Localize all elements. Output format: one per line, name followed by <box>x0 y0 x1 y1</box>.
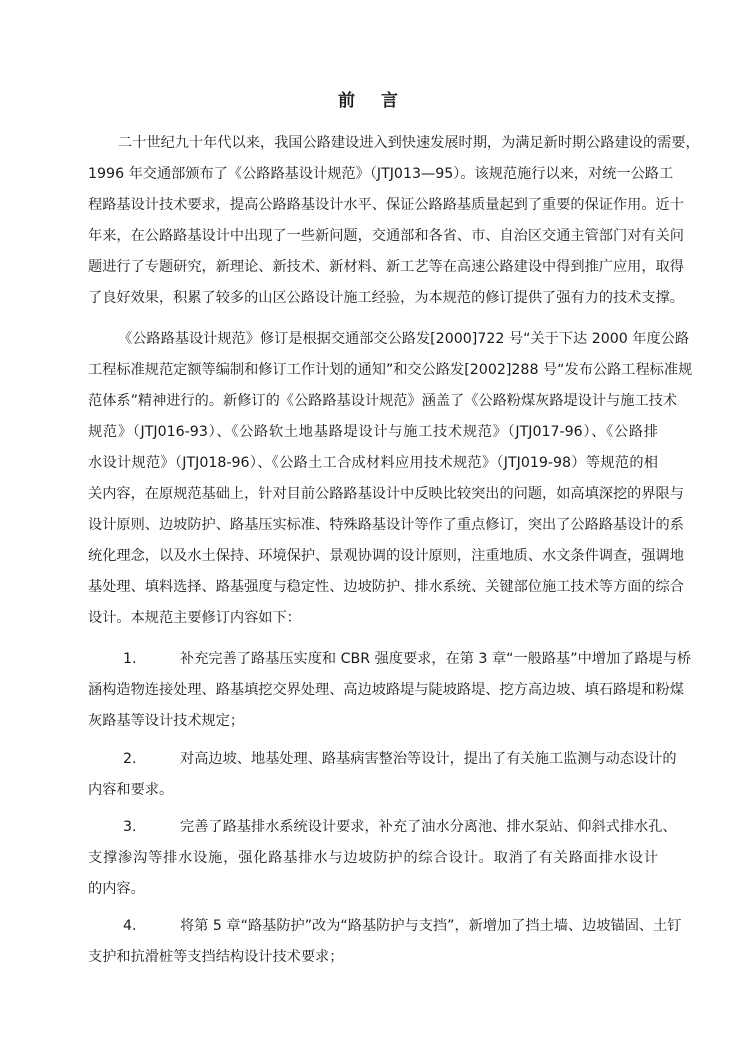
list-item-3-line-3: 的内容。 <box>88 874 658 905</box>
list-item-text: 完善了路基排水系统设计要求，补充了油水分离池、排水泵站、仰斜式排水孔、 <box>180 812 658 843</box>
list-item-2: 2. 对高边坡、地基处理、路基病害整治等设计，提出了有关施工监测与动态设计的 <box>88 744 658 775</box>
list-item-number: 4. <box>123 911 137 942</box>
list-item-number: 1. <box>123 644 137 675</box>
paragraph-2-line-4: 规范》（JTJ016-93）、《公路软土地基路堤设计与施工技术规范》（JTJ01… <box>88 417 658 448</box>
list-item-number: 3. <box>123 812 137 843</box>
list-item-3: 3. 完善了路基排水系统设计要求，补充了油水分离池、排水泵站、仰斜式排水孔、 <box>88 812 658 843</box>
list-item-2-line-2: 内容和要求。 <box>88 775 658 806</box>
paragraph-1-line-3: 程路基设计技术要求，提高公路路基设计水平、保证公路路基质量起到了重要的保证作用。… <box>88 190 658 221</box>
paragraph-2-line-1: 《公路路基设计规范》修订是根据交通部交公路发[2000]722 号“关于下达 2… <box>88 324 658 355</box>
list-item-4-line-2: 支护和抗滑桩等支挡结构设计技术要求； <box>88 942 658 973</box>
paragraph-2-line-9: 基处理、填料选择、路基强度与稳定性、边坡防护、排水系统、关键部位施工技术等方面的… <box>88 572 658 603</box>
paragraph-2-line-6: 关内容，在原规范基础上，针对目前公路路基设计中反映比较突出的问题，如高填深挖的界… <box>88 479 658 510</box>
paragraph-1-line-2: 1996 年交通部颁布了《公路路基设计规范》（JTJ013—95）。该规范施行以… <box>88 159 658 190</box>
list-item-1-line-3: 灰路基等设计技术规定； <box>88 706 658 737</box>
list-item-text: 补充完善了路基压实度和 CBR 强度要求，在第 3 章“一般路基”中增加了路堤与… <box>180 644 658 675</box>
list-item-3-line-2: 支撑渗沟等排水设施，强化路基排水与边坡防护的综合设计。取消了有关路面排水设计 <box>88 843 658 874</box>
page-title: 前 言 <box>88 88 658 114</box>
list-item-text: 将第 5 章“路基防护”改为“路基防护与支挡”，新增加了挡土墙、边坡锚固、土钉 <box>180 911 658 942</box>
list-item-4: 4. 将第 5 章“路基防护”改为“路基防护与支挡”，新增加了挡土墙、边坡锚固、… <box>88 911 658 942</box>
list-item-number: 2. <box>123 744 137 775</box>
list-item-1: 1. 补充完善了路基压实度和 CBR 强度要求，在第 3 章“一般路基”中增加了… <box>88 644 658 675</box>
list-item-1-line-2: 涵构造物连接处理、路基填挖交界处理、高边坡路堤与陡坡路堤、挖方高边坡、填石路堤和… <box>88 675 658 706</box>
paragraph-2-line-2: 工程标准规范定额等编制和修订工作计划的通知”和交公路发[2002]288 号“发… <box>88 355 658 386</box>
paragraph-1-line-6: 了良好效果，积累了较多的山区公路设计施工经验，为本规范的修订提供了强有力的技术支… <box>88 283 658 314</box>
paragraph-2-line-8: 统化理念，以及水土保持、环境保护、景观协调的设计原则，注重地质、水文条件调查，强… <box>88 541 658 572</box>
paragraph-2-line-10: 设计。本规范主要修订内容如下： <box>88 603 658 634</box>
paragraph-1-line-5: 题进行了专题研究，新理论、新技术、新材料、新工艺等在高速公路建设中得到推广应用，… <box>88 252 658 283</box>
list-item-text: 对高边坡、地基处理、路基病害整治等设计，提出了有关施工监测与动态设计的 <box>180 744 658 775</box>
paragraph-1-line-4: 年来，在公路路基设计中出现了一些新问题，交通部和各省、市、自治区交通主管部门对有… <box>88 221 658 252</box>
paragraph-2-line-5: 水设计规范》（JTJ018-96）、《公路土工合成材料应用技术规范》（JTJ01… <box>88 448 658 479</box>
paragraph-1-line-1: 二十世纪九十年代以来，我国公路建设进入到快速发展时期，为满足新时期公路建设的需要… <box>88 128 658 159</box>
paragraph-2-line-3: 范体系”精神进行的。新修订的《公路路基设计规范》涵盖了《公路粉煤灰路堤设计与施工… <box>88 386 658 417</box>
paragraph-2-line-7: 设计原则、边坡防护、路基压实标准、特殊路基设计等作了重点修订，突出了公路路基设计… <box>88 510 658 541</box>
